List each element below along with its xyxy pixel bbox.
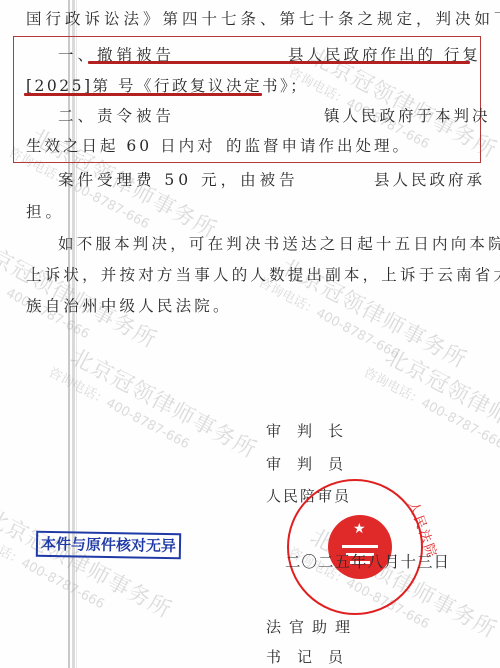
presiding-judge-label: 审判长 <box>266 420 359 441</box>
document-page: 北京冠领律师事务所 咨询电话：400-8787-666 北京冠领律师事务所 咨询… <box>0 0 500 668</box>
watermark: 北京冠领律师事务所 咨询电话：400-8787-666 <box>57 340 263 481</box>
watermark-phone: 咨询电话：400-8787-666 <box>361 362 500 482</box>
watermark-phone: 咨询电话：400-8787-666 <box>256 272 458 392</box>
underline-mark <box>88 61 470 64</box>
appeal-line1: 如不服本判决，可在判决书送达之日起十五日内向本院提交 <box>58 234 500 254</box>
watermark: 北京冠领律师事务所 咨询电话：400-8787-666 <box>372 340 500 481</box>
watermark: 北京冠领律师事务所 咨询电话：400-8787-666 <box>0 500 178 641</box>
item2-line2-right: 的监督申请作出处理。 <box>226 136 411 156</box>
fee-line1-right: 县人民政府承 <box>374 170 485 190</box>
appeal-line2: 上诉状，并按对方当事人的人数提出副本，上诉于云南省大理白 <box>26 265 500 285</box>
judicial-assistant-label: 法官助理 <box>266 616 358 637</box>
star-icon: ★ <box>353 521 366 537</box>
item2-line1-right: 镇人民政府于本判决 <box>324 106 491 126</box>
watermark-firm: 北京冠领律师事务所 <box>0 500 178 625</box>
item2-line1-left: 二、责令被告 <box>58 106 175 126</box>
verification-stamp: 本件与原件核对无异 <box>36 531 181 560</box>
item2-line2-left: 生效之日起 60 日内对 <box>26 136 216 156</box>
appeal-line3: 族自治州中级人民法院。 <box>26 296 232 316</box>
underline-mark <box>24 93 262 96</box>
watermark-firm: 北京冠领律师事务所 <box>65 340 262 465</box>
clerk-label: 书记员 <box>266 646 359 667</box>
fee-line1-left: 案件受理费 50 元，由被告 <box>58 170 299 190</box>
emblem-bar <box>342 545 378 548</box>
intro-line: 国行政诉讼法》第四十七条、第七十条之规定，判决如下： <box>26 9 500 29</box>
judgment-date: 二〇二五年八月十三日 <box>285 550 450 572</box>
watermark-firm: 北京冠领律师事务所 <box>380 340 500 465</box>
fee-line2: 担。 <box>26 202 65 222</box>
judge-label: 审判员 <box>266 453 359 474</box>
